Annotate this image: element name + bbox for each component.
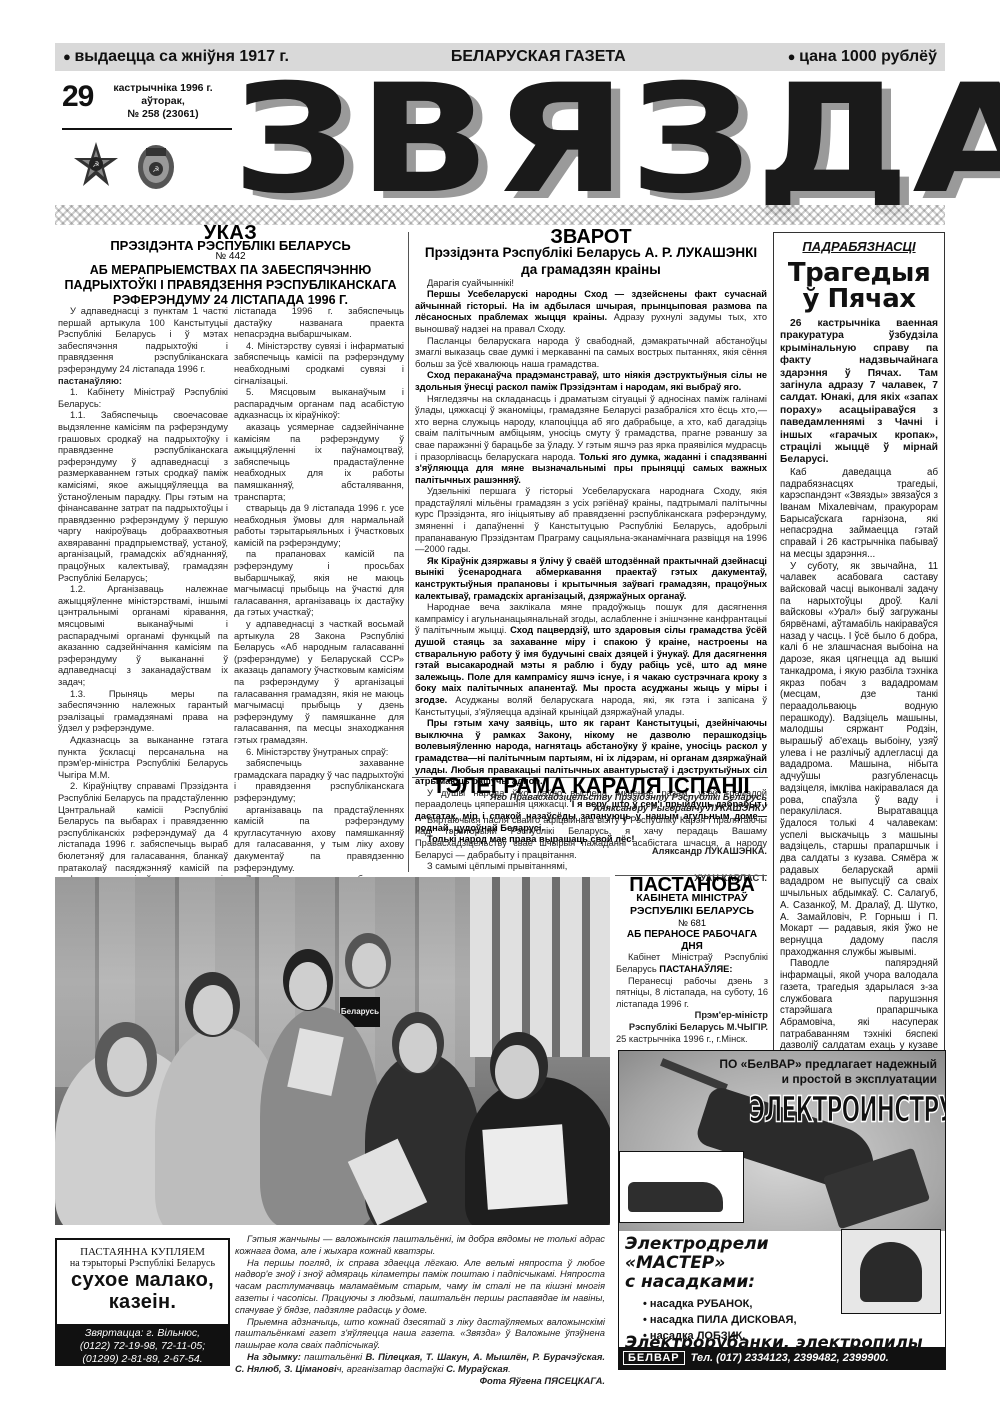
column-divider <box>408 232 409 872</box>
svg-text:☭: ☭ <box>152 165 159 174</box>
tragedy-lead: 26 кастрычніка ваенная пракуратура ўзбуд… <box>780 318 938 467</box>
telegram-title: ТЭЛЕГРАМА КАРАЛЯ ІСПАНІІ <box>415 780 767 792</box>
ukaz-heading: АБ МЕРАПРЫЕМСТВАХ ПА ЗАБЕСПЯЧЭННЮ ПАДРЫХ… <box>58 263 403 308</box>
issue-date: кастрычніка 1996 г. <box>108 82 218 95</box>
belvar-logo: БЕЛВАР <box>623 1351 685 1365</box>
pastanova-number: № 681 <box>616 918 768 930</box>
tragedy-article: ПАДРАБЯЗНАСЦІ Трагедыя ў Пячах 26 кастры… <box>773 232 945 1060</box>
rubric-label: ПАДРАБЯЗНАСЦІ <box>780 239 938 254</box>
postwomen-photo: Беларусь <box>55 877 610 1225</box>
photo-caption: Гэтыя жанчыны — валожынскія паштальёнкі,… <box>235 1233 605 1386</box>
telegram-article: ТЭЛЕГРАМА КАРАЛЯ ІСПАНІІ Яго Правасхадзі… <box>415 780 767 884</box>
planer-icon <box>619 1151 744 1223</box>
order-of-red-banner-icon: ☭ <box>132 140 180 192</box>
pastanova-signature-title: Прэм'ер-міністр <box>616 1010 768 1022</box>
svg-text:☭: ☭ <box>92 160 99 169</box>
telegram-body: Вяртаючыся пасля свайго афіцыйнага візіт… <box>415 815 767 861</box>
pastanova-article: ПАСТАНОВА КАБІНЕТА МІНІСТРАЎ РЭСПУБЛІКІ … <box>616 880 768 1045</box>
belvar-advertisement: ПО «БелВАР» предлагает надежный и просто… <box>618 1050 946 1370</box>
tragedy-title-1: Трагедыя <box>780 260 938 286</box>
telegram-addressee-2: Аляксандру Рыгоравічу ЛУКАШЭНКУ <box>415 803 767 815</box>
pastanova-date: 25 кастрычніка 1996 г., г.Мінск. <box>616 1034 768 1046</box>
pastanova-subtitle: КАБІНЕТА МІНІСТРАЎ РЭСПУБЛІКІ БЕЛАРУСЬ <box>616 892 768 918</box>
ukaz-subtitle: ПРЭЗІДЭНТА РЭСПУБЛІКІ БЕЛАРУСЬ <box>58 240 403 252</box>
issue-day: 29 <box>62 80 93 114</box>
ad-headline: ЭЛЕКТРОИНСТРУМЕНТ <box>749 1091 946 1131</box>
circular-saw-icon <box>841 1229 941 1314</box>
pastanova-title: ПАСТАНОВА <box>616 880 768 892</box>
pastanova-heading: АБ ПЕРАНОСЕ РАБОЧАГА ДНЯ <box>616 929 768 952</box>
photo-credit: Фота Яўгена ПЯСЕЦКАГА. <box>235 1375 605 1387</box>
newspaper-bundle <box>482 1124 567 1209</box>
issue-date-block: 29 кастрычніка 1996 г. аўторак, № 258 (2… <box>62 80 232 130</box>
milk-advertisement: ПАСТАЯННА КУПЛЯЕМ на тэрыторыі Рэспублік… <box>55 1238 230 1366</box>
newspaper-title: ЗВЯЗДА <box>232 75 947 205</box>
tragedy-title-2: ў Пячах <box>780 286 938 312</box>
ornamental-band <box>55 205 945 225</box>
zvarot-title: ЗВАРОТ <box>415 232 767 244</box>
order-of-patriotic-war-icon: ☭ <box>72 140 120 192</box>
ukaz-number: № 442 <box>58 251 403 263</box>
issue-number: № 258 (23061) <box>108 108 218 121</box>
award-orders: ☭ ☭ <box>72 140 232 200</box>
zvarot-article: ЗВАРОТ Прэзідэнта Рэспублікі Беларусь А.… <box>415 232 767 857</box>
ad-phones: Тел. (017) 2334123, 2399482, 2399900. <box>691 1352 889 1364</box>
zvarot-subtitle-2: да грамадзян краіны <box>415 261 767 278</box>
issue-weekday: аўторак, <box>108 95 218 108</box>
pastanova-signature-name: Рэспублікі Беларусь М.ЧЫГІР. <box>616 1022 768 1034</box>
ukaz-header: УКАЗ ПРЭЗІДЭНТА РЭСПУБЛІКІ БЕЛАРУСЬ № 44… <box>58 228 403 308</box>
telegram-closing: З самымі цёплымі прывітаннямі, <box>415 861 767 873</box>
zvarot-greeting: Дарагія суайчыннікі! <box>415 278 767 290</box>
zvarot-subtitle-1: Прэзідэнта Рэспублікі Беларусь А. Р. ЛУК… <box>415 244 767 261</box>
